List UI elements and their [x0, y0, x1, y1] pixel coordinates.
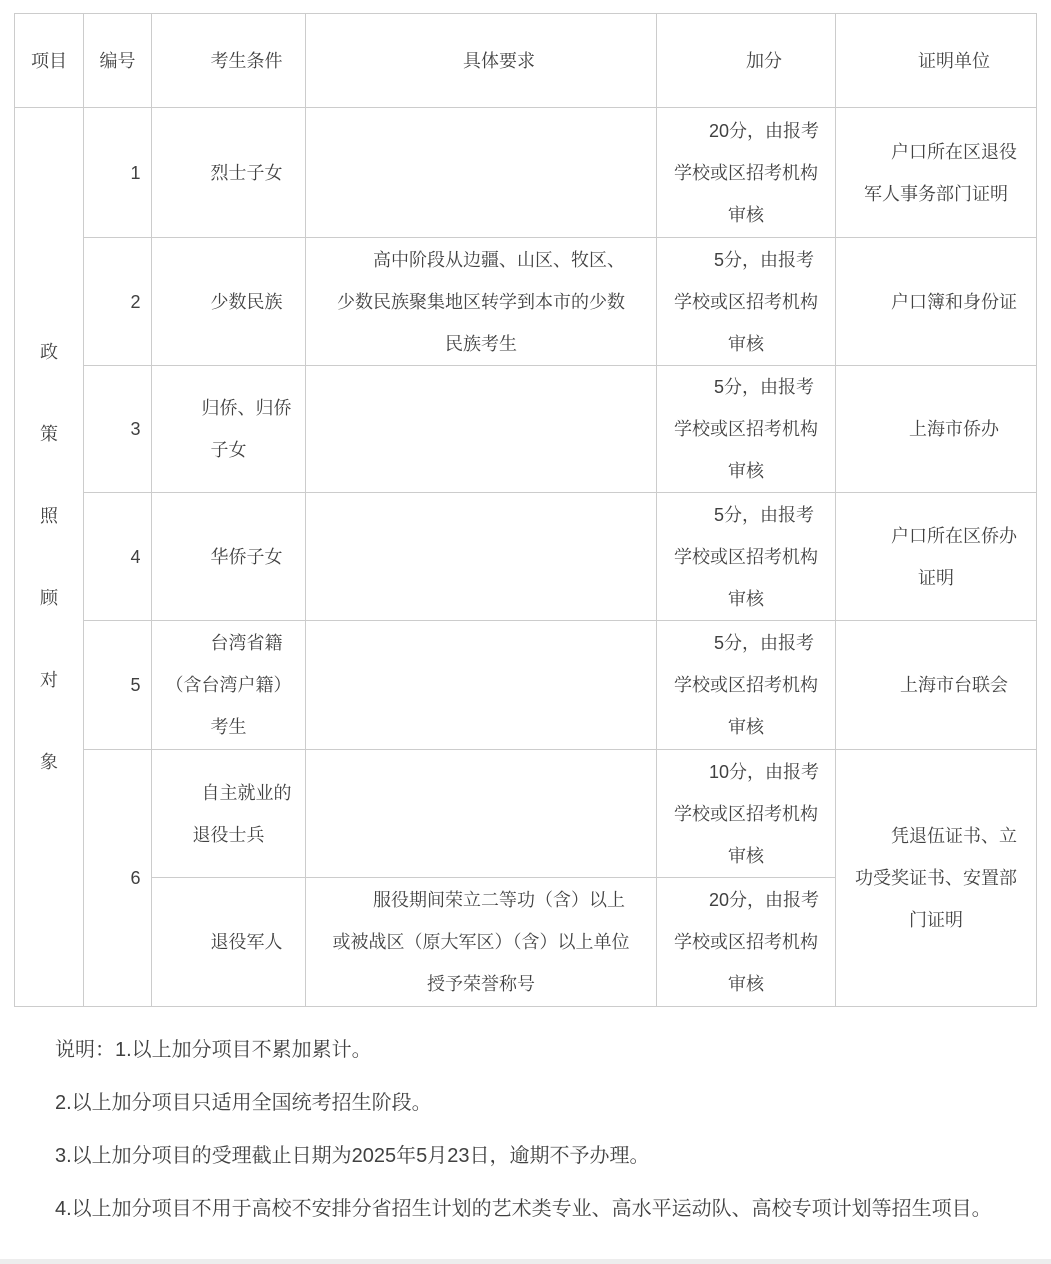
bonus-points: 10分，由报考学校或区招考机构审核 [657, 751, 835, 877]
row-number: 4 [84, 536, 151, 578]
note-line-2: 2.以上加分项目只适用全国统考招生阶段。 [55, 1089, 992, 1117]
certifying-unit: 户口所在区退役军人事务部门证明 [836, 131, 1036, 215]
note-line-1: 说明：1.以上加分项目不累加累计。 [55, 1036, 992, 1064]
row-number: 6 [84, 857, 151, 899]
header-cell-number: 编号 [84, 14, 152, 108]
cell-bonus-1: 20分，由报考学校或区招考机构审核 [657, 108, 836, 238]
cell-condition-5: 台湾省籍（含台湾户籍）考生 [152, 621, 306, 750]
candidate-condition: 烈士子女 [152, 152, 305, 194]
table-row: 3 归侨、归侨子女 5分，由报考学校或区招考机构审核 上海市侨办 [15, 366, 1037, 493]
header-label-number: 编号 [84, 40, 151, 82]
cell-requirement-6a [306, 750, 657, 878]
cell-bonus-3: 5分，由报考学校或区招考机构审核 [657, 366, 836, 493]
page: 项目 编号 考生条件 具体要求 加分 证明单位 政 策 [0, 0, 1051, 1264]
cell-requirement-4 [306, 493, 657, 621]
certifying-unit: 户口簿和身份证 [836, 281, 1036, 323]
cell-requirement-2: 高中阶段从边疆、山区、牧区、少数民族聚集地区转学到本市的少数民族考生 [306, 238, 657, 366]
candidate-condition: 少数民族 [152, 281, 305, 323]
table-row: 政 策 照 顾 对 象 1 烈士子女 20分，由报考学校或区招考机构审核 [15, 108, 1037, 238]
note-line-3: 3.以上加分项目的受理截止日期为2025年5月23日，逾期不予办理。 [55, 1142, 992, 1170]
cell-bonus-4: 5分，由报考学校或区招考机构审核 [657, 493, 836, 621]
table-row: 6 自主就业的退役士兵 10分，由报考学校或区招考机构审核 凭退伍证书、立功受奖… [15, 750, 1037, 878]
cell-bonus-6a: 10分，由报考学校或区招考机构审核 [657, 750, 836, 878]
candidate-condition: 台湾省籍（含台湾户籍）考生 [152, 622, 305, 748]
category-char: 顾 [40, 586, 58, 610]
header-cell-unit: 证明单位 [836, 14, 1037, 108]
cell-condition-4: 华侨子女 [152, 493, 306, 621]
category-char: 政 [40, 340, 58, 364]
cell-requirement-1 [306, 108, 657, 238]
cell-requirement-6b: 服役期间荣立二等功（含）以上或被战区（原大军区）（含）以上单位授予荣誉称号 [306, 878, 657, 1007]
header-label-project: 项目 [15, 40, 83, 82]
bonus-points: 5分，由报考学校或区招考机构审核 [657, 239, 835, 365]
candidate-condition: 退役军人 [152, 921, 305, 963]
bonus-points: 20分，由报考学校或区招考机构审核 [657, 110, 835, 236]
cell-condition-6a: 自主就业的退役士兵 [152, 750, 306, 878]
cell-unit-1: 户口所在区退役军人事务部门证明 [836, 108, 1037, 238]
certifying-unit: 上海市侨办 [836, 408, 1036, 450]
header-cell-condition: 考生条件 [152, 14, 306, 108]
row-number: 1 [84, 152, 151, 194]
header-label-requirement: 具体要求 [306, 40, 656, 82]
page-bottom-divider [0, 1259, 1051, 1264]
cell-unit-3: 上海市侨办 [836, 366, 1037, 493]
cell-unit-5: 上海市台联会 [836, 621, 1037, 750]
note-line-4: 4.以上加分项目不用于高校不安排分省招生计划的艺术类专业、高水平运动队、高校专项… [55, 1195, 992, 1223]
bonus-points: 5分，由报考学校或区招考机构审核 [657, 494, 835, 620]
cell-number-2: 2 [84, 238, 152, 366]
candidate-condition: 自主就业的退役士兵 [152, 772, 305, 856]
candidate-condition: 归侨、归侨子女 [152, 387, 305, 471]
header-label-condition: 考生条件 [152, 40, 305, 82]
specific-requirement: 高中阶段从边疆、山区、牧区、少数民族聚集地区转学到本市的少数民族考生 [306, 239, 656, 365]
cell-bonus-5: 5分，由报考学校或区招考机构审核 [657, 621, 836, 750]
table-header-row: 项目 编号 考生条件 具体要求 加分 证明单位 [15, 14, 1037, 108]
cell-unit-6: 凭退伍证书、立功受奖证书、安置部门证明 [836, 750, 1037, 1007]
cell-condition-2: 少数民族 [152, 238, 306, 366]
category-vertical-label: 政 策 照 顾 对 象 [15, 340, 83, 774]
row-number: 5 [84, 664, 151, 706]
header-cell-project: 项目 [15, 14, 84, 108]
cell-bonus-2: 5分，由报考学校或区招考机构审核 [657, 238, 836, 366]
bonus-points: 5分，由报考学校或区招考机构审核 [657, 366, 835, 492]
category-char: 象 [40, 750, 58, 774]
cell-bonus-6b: 20分，由报考学校或区招考机构审核 [657, 878, 836, 1007]
cell-condition-6b: 退役军人 [152, 878, 306, 1007]
notes-section: 说明：1.以上加分项目不累加累计。 2.以上加分项目只适用全国统考招生阶段。 3… [55, 1036, 992, 1223]
row-number: 2 [84, 281, 151, 323]
table-row: 5 台湾省籍（含台湾户籍）考生 5分，由报考学校或区招考机构审核 上海市台联会 [15, 621, 1037, 750]
category-char: 对 [40, 668, 58, 692]
cell-condition-3: 归侨、归侨子女 [152, 366, 306, 493]
bonus-points: 20分，由报考学校或区招考机构审核 [657, 879, 835, 1005]
cell-number-3: 3 [84, 366, 152, 493]
cell-number-4: 4 [84, 493, 152, 621]
header-cell-bonus: 加分 [657, 14, 836, 108]
candidate-condition: 华侨子女 [152, 536, 305, 578]
bonus-points: 5分，由报考学校或区招考机构审核 [657, 622, 835, 748]
certifying-unit: 凭退伍证书、立功受奖证书、安置部门证明 [836, 815, 1036, 941]
table-row: 2 少数民族 高中阶段从边疆、山区、牧区、少数民族聚集地区转学到本市的少数民族考… [15, 238, 1037, 366]
category-cell: 政 策 照 顾 对 象 [15, 108, 84, 1007]
cell-number-6: 6 [84, 750, 152, 1007]
cell-number-1: 1 [84, 108, 152, 238]
specific-requirement: 服役期间荣立二等功（含）以上或被战区（原大军区）（含）以上单位授予荣誉称号 [306, 879, 656, 1005]
policy-bonus-table: 项目 编号 考生条件 具体要求 加分 证明单位 政 策 [14, 13, 1037, 1007]
certifying-unit: 上海市台联会 [836, 664, 1036, 706]
cell-number-5: 5 [84, 621, 152, 750]
cell-unit-2: 户口簿和身份证 [836, 238, 1037, 366]
cell-requirement-3 [306, 366, 657, 493]
table-row: 4 华侨子女 5分，由报考学校或区招考机构审核 户口所在区侨办证明 [15, 493, 1037, 621]
header-label-bonus: 加分 [657, 40, 835, 82]
cell-condition-1: 烈士子女 [152, 108, 306, 238]
cell-unit-4: 户口所在区侨办证明 [836, 493, 1037, 621]
certifying-unit: 户口所在区侨办证明 [836, 515, 1036, 599]
category-char: 照 [40, 504, 58, 528]
category-char: 策 [40, 422, 58, 446]
header-label-unit: 证明单位 [836, 40, 1036, 82]
header-cell-requirement: 具体要求 [306, 14, 657, 108]
cell-requirement-5 [306, 621, 657, 750]
row-number: 3 [84, 408, 151, 450]
